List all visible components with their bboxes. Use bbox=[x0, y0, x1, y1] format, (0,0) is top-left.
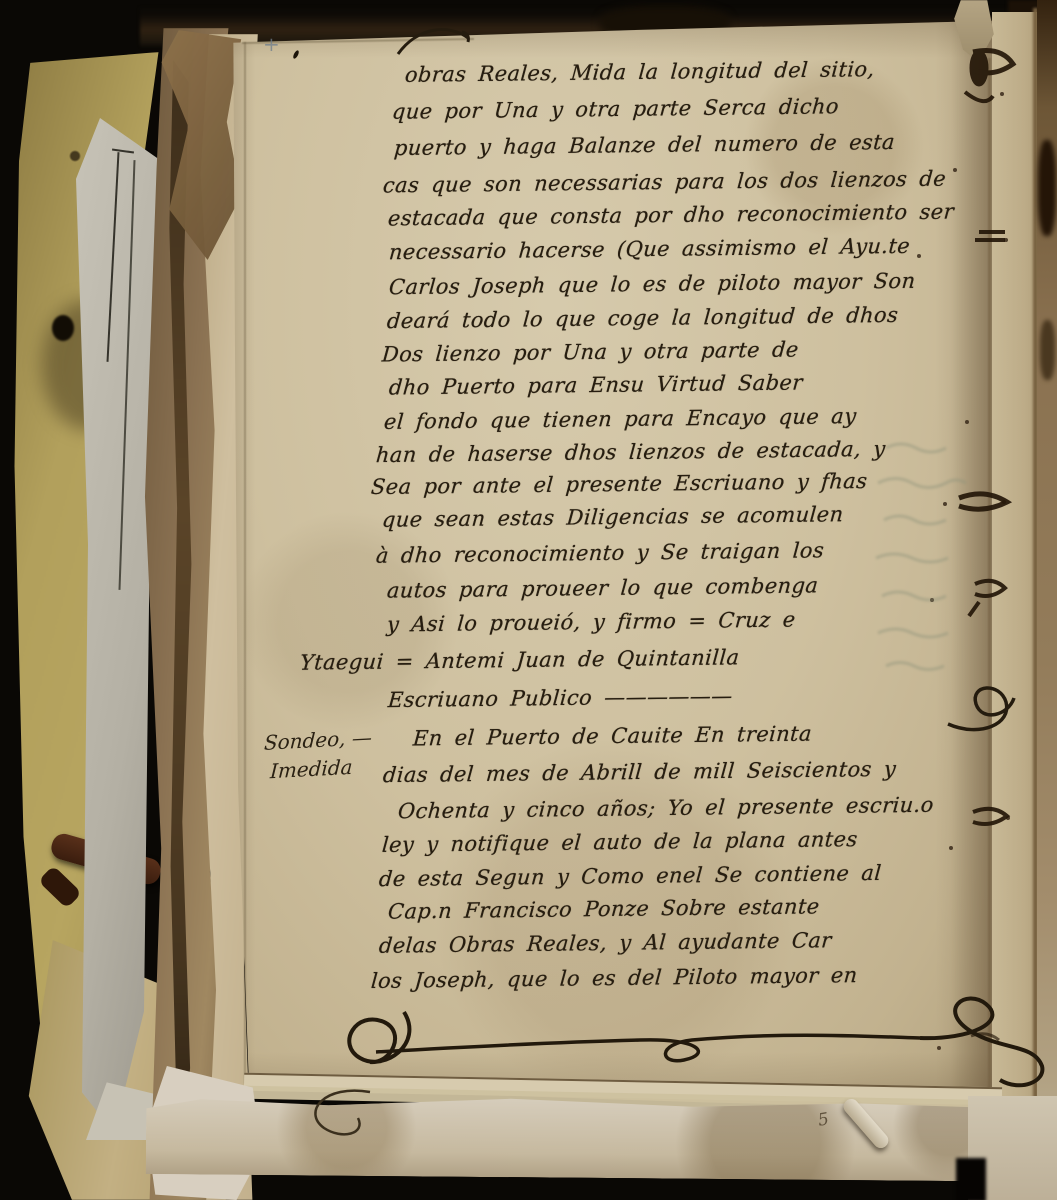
manuscript-line: Dos lienzo por Una y otra parte de bbox=[381, 337, 800, 366]
manuscript-line: los Joseph, que lo es del Piloto mayor e… bbox=[370, 963, 858, 993]
photograph-of-manuscript: + 5 bbox=[0, 0, 1057, 1200]
manuscript-line: el fondo que tienen para Encayo que ay bbox=[383, 404, 857, 434]
manuscript-line: deará todo lo que coge la longitud de dh… bbox=[386, 303, 899, 333]
manuscript-line: estacada que consta por dho reconocimien… bbox=[387, 200, 955, 231]
manuscript-line: dho Puerto para Ensu Virtud Saber bbox=[388, 370, 804, 399]
manuscript-line: En el Puerto de Cauite En treinta bbox=[412, 722, 813, 751]
manuscript-line: y Asi lo proueió, y firmo = Cruz e bbox=[386, 607, 796, 636]
manuscript-line: Ochenta y cinco años; Yo el presente esc… bbox=[397, 793, 935, 824]
manuscript-line: han de haserse dhos lienzos de estacada,… bbox=[375, 437, 886, 467]
manuscript-line: à dho reconocimiento y Se traigan los bbox=[375, 538, 825, 567]
handwritten-text-block: obras Reales, Mida la longitud del sitio… bbox=[0, 0, 1057, 1200]
manuscript-line: Sea por ante el presente Escriuano y fha… bbox=[370, 469, 868, 499]
manuscript-line: Escriuano Publico —————— bbox=[387, 684, 734, 712]
manuscript-line: Cap.n Francisco Ponze Sobre estante bbox=[387, 894, 820, 923]
manuscript-line: delas Obras Reales, y Al ayudante Car bbox=[378, 928, 833, 958]
manuscript-line: cas que son necessarias para los dos lie… bbox=[382, 167, 947, 198]
manuscript-line: ley y notifique el auto de la plana ante… bbox=[381, 827, 858, 857]
manuscript-line: autos para proueer lo que combenga bbox=[386, 573, 819, 602]
manuscript-line: necessario hacerse (Que assimismo el Ayu… bbox=[388, 234, 911, 264]
manuscript-line: que por Una y otra parte Serca dicho bbox=[391, 94, 840, 123]
manuscript-line: de esta Segun y Como enel Se contiene al bbox=[378, 861, 882, 891]
manuscript-line: Carlos Joseph que lo es de piloto mayor … bbox=[388, 269, 916, 299]
manuscript-line: que sean estas Diligencias se acomulen bbox=[381, 502, 844, 532]
manuscript-line: Ytaegui = Antemi Juan de Quintanilla bbox=[299, 645, 740, 674]
manuscript-line: puerto y haga Balanze del numero de esta bbox=[393, 130, 896, 160]
manuscript-line: obras Reales, Mida la longitud del sitio… bbox=[404, 57, 875, 87]
manuscript-line: dias del mes de Abrill de mill Seiscient… bbox=[382, 757, 897, 787]
